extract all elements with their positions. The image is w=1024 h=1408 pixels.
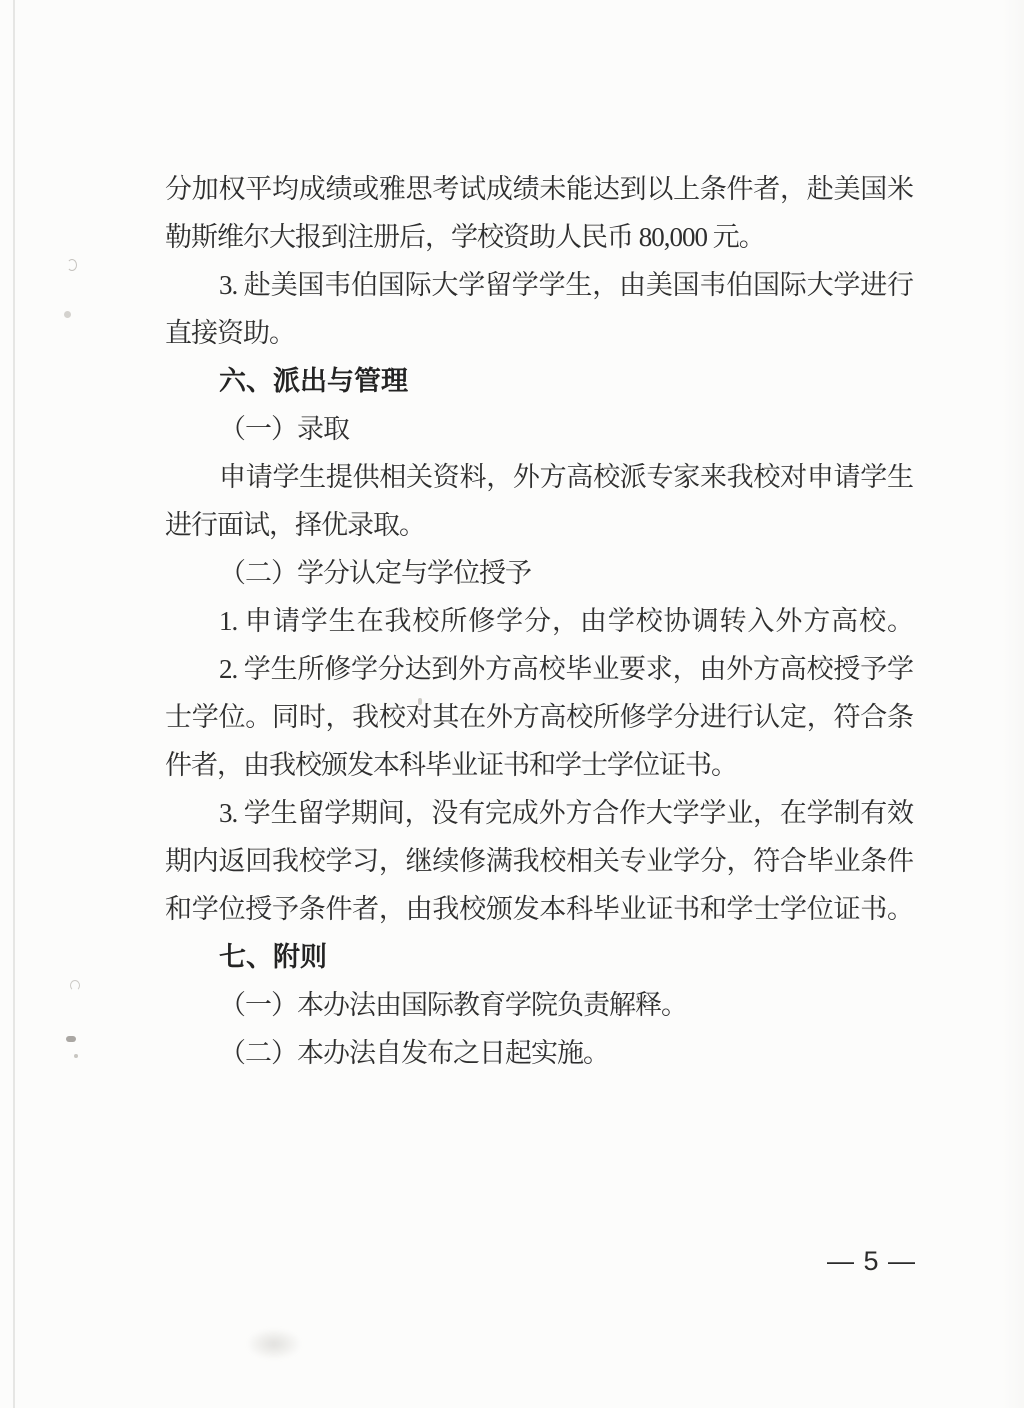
text-line: 分加权平均成绩或雅思考试成绩未能达到以上条件者，赴美国米 [165, 165, 913, 213]
scan-speck [67, 259, 77, 271]
document-body: 分加权平均成绩或雅思考试成绩未能达到以上条件者，赴美国米 勒斯维尔大报到注册后，… [165, 165, 913, 1077]
scan-smudge [246, 1328, 302, 1360]
text-line: 和学位授予条件者，由我校颁发本科毕业证书和学士学位证书。 [165, 885, 913, 933]
text-line: 2. 学生所修学分达到外方高校毕业要求，由外方高校授予学 [165, 645, 913, 693]
text-line: 期内返回我校学习，继续修满我校相关专业学分，符合毕业条件 [165, 837, 913, 885]
text-line: 士学位。同时，我校对其在外方高校所修学分进行认定，符合条 [165, 693, 913, 741]
text-line: （一）本办法由国际教育学院负责解释。 [165, 981, 913, 1029]
text-line: （二）学分认定与学位授予 [165, 549, 913, 597]
scan-speck [64, 311, 71, 318]
scan-speck [418, 698, 422, 705]
text-line: 直接资助。 [165, 309, 913, 357]
text-line: 勒斯维尔大报到注册后，学校资助人民币 80,000 元。 [165, 213, 913, 261]
text-line: 3. 赴美国韦伯国际大学留学学生，由美国韦伯国际大学进行 [165, 261, 913, 309]
scanner-edge-line [13, 0, 15, 1408]
scan-speck [66, 1036, 76, 1042]
scanned-page: 分加权平均成绩或雅思考试成绩未能达到以上条件者，赴美国米 勒斯维尔大报到注册后，… [0, 0, 1024, 1408]
text-line: 进行面试，择优录取。 [165, 501, 913, 549]
text-line: （二）本办法自发布之日起实施。 [165, 1029, 913, 1077]
section-heading: 六、派出与管理 [165, 357, 913, 405]
scan-speck [74, 1054, 78, 1058]
text-line: 件者，由我校颁发本科毕业证书和学士学位证书。 [165, 741, 913, 789]
text-line: （一）录取 [165, 405, 913, 453]
scan-speck [70, 980, 80, 991]
section-heading: 七、附则 [165, 933, 913, 981]
text-line: 3. 学生留学期间，没有完成外方合作大学学业，在学制有效 [165, 789, 913, 837]
text-line: 1. 申请学生在我校所修学分，由学校协调转入外方高校。 [165, 597, 913, 645]
scan-edge-shading [1002, 0, 1024, 1408]
page-number: — 5 — [827, 1246, 916, 1277]
text-line: 申请学生提供相关资料，外方高校派专家来我校对申请学生 [165, 453, 913, 501]
